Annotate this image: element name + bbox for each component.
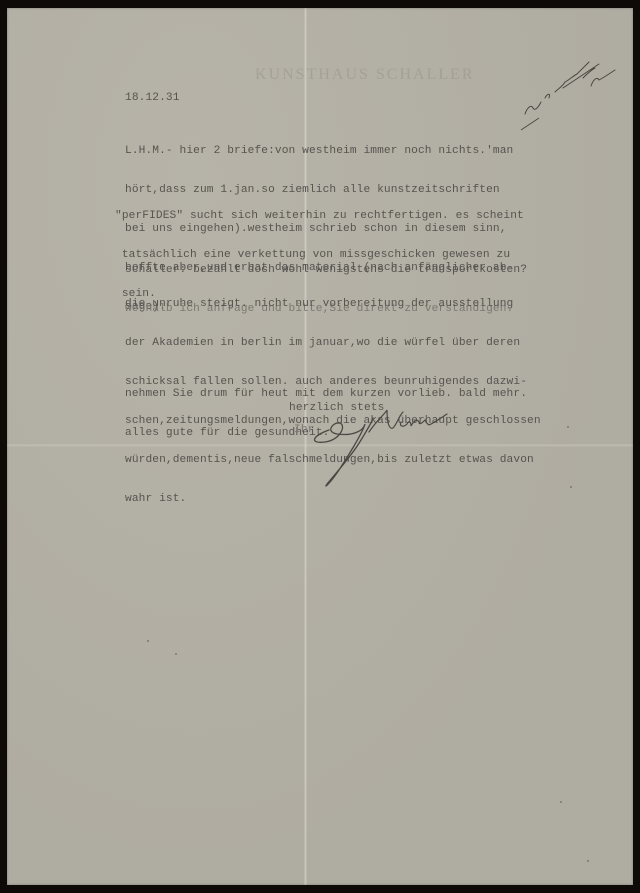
handwritten-annotation [519,52,629,132]
letter-date: 18.12.31 [125,92,180,105]
text-line: die unruhe steigt. nicht nur vorbereitun… [125,298,541,311]
text-line: der Akademien in berlin im januar,wo die… [125,337,541,350]
text-line: L.H.M.- hier 2 briefe:von westheim immer… [125,145,513,158]
handwritten-signature [307,398,477,498]
text-line: "perFIDES" sucht sich weiterhin zu recht… [115,210,524,223]
letter-page: KUNSTHAUS SCHALLER 18.12.31 L.H.M.- hier… [7,8,633,885]
letterhead-faded: KUNSTHAUS SCHALLER [255,66,475,84]
